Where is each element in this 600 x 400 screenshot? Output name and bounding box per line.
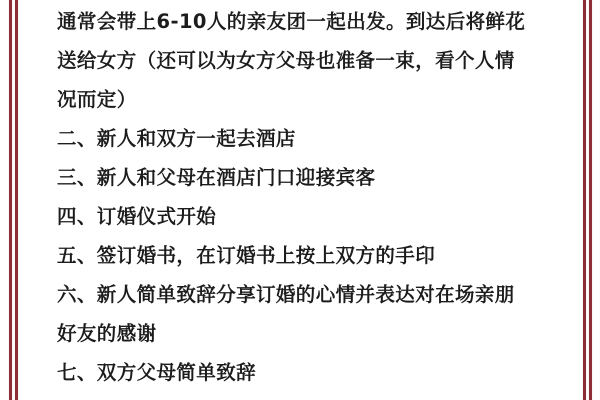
list-item-step-3: 三、新人和父母在酒店门口迎接宾客 [57, 158, 527, 197]
list-item-step-2: 二、新人和双方一起去酒店 [57, 119, 527, 158]
paragraph-line: 通常会带上6-10人的亲友团一起出发。到达后将鲜花 [57, 2, 527, 41]
left-border-inner-line [15, 0, 18, 400]
document-page: 通常会带上6-10人的亲友团一起出发。到达后将鲜花 送给女方（还可以为女方父母也… [0, 0, 600, 400]
paragraph-line: 况而定） [57, 80, 527, 119]
list-item-step-6-continued: 好友的感谢 [57, 314, 527, 353]
left-border-outer-line [9, 0, 12, 400]
list-item-step-5: 五、签订婚书，在订婚书上按上双方的手印 [57, 236, 527, 275]
list-item-step-6: 六、新人简单致辞分享订婚的心情并表达对在场亲朋 [57, 275, 527, 314]
right-border-inner-line [583, 0, 586, 400]
document-body: 通常会带上6-10人的亲友团一起出发。到达后将鲜花 送给女方（还可以为女方父母也… [57, 2, 527, 392]
list-item-step-7: 七、双方父母简单致辞 [57, 353, 527, 392]
paragraph-line: 送给女方（还可以为女方父母也准备一束，看个人情 [57, 41, 527, 80]
right-border-outer-line [589, 0, 592, 400]
list-item-step-4: 四、订婚仪式开始 [57, 197, 527, 236]
